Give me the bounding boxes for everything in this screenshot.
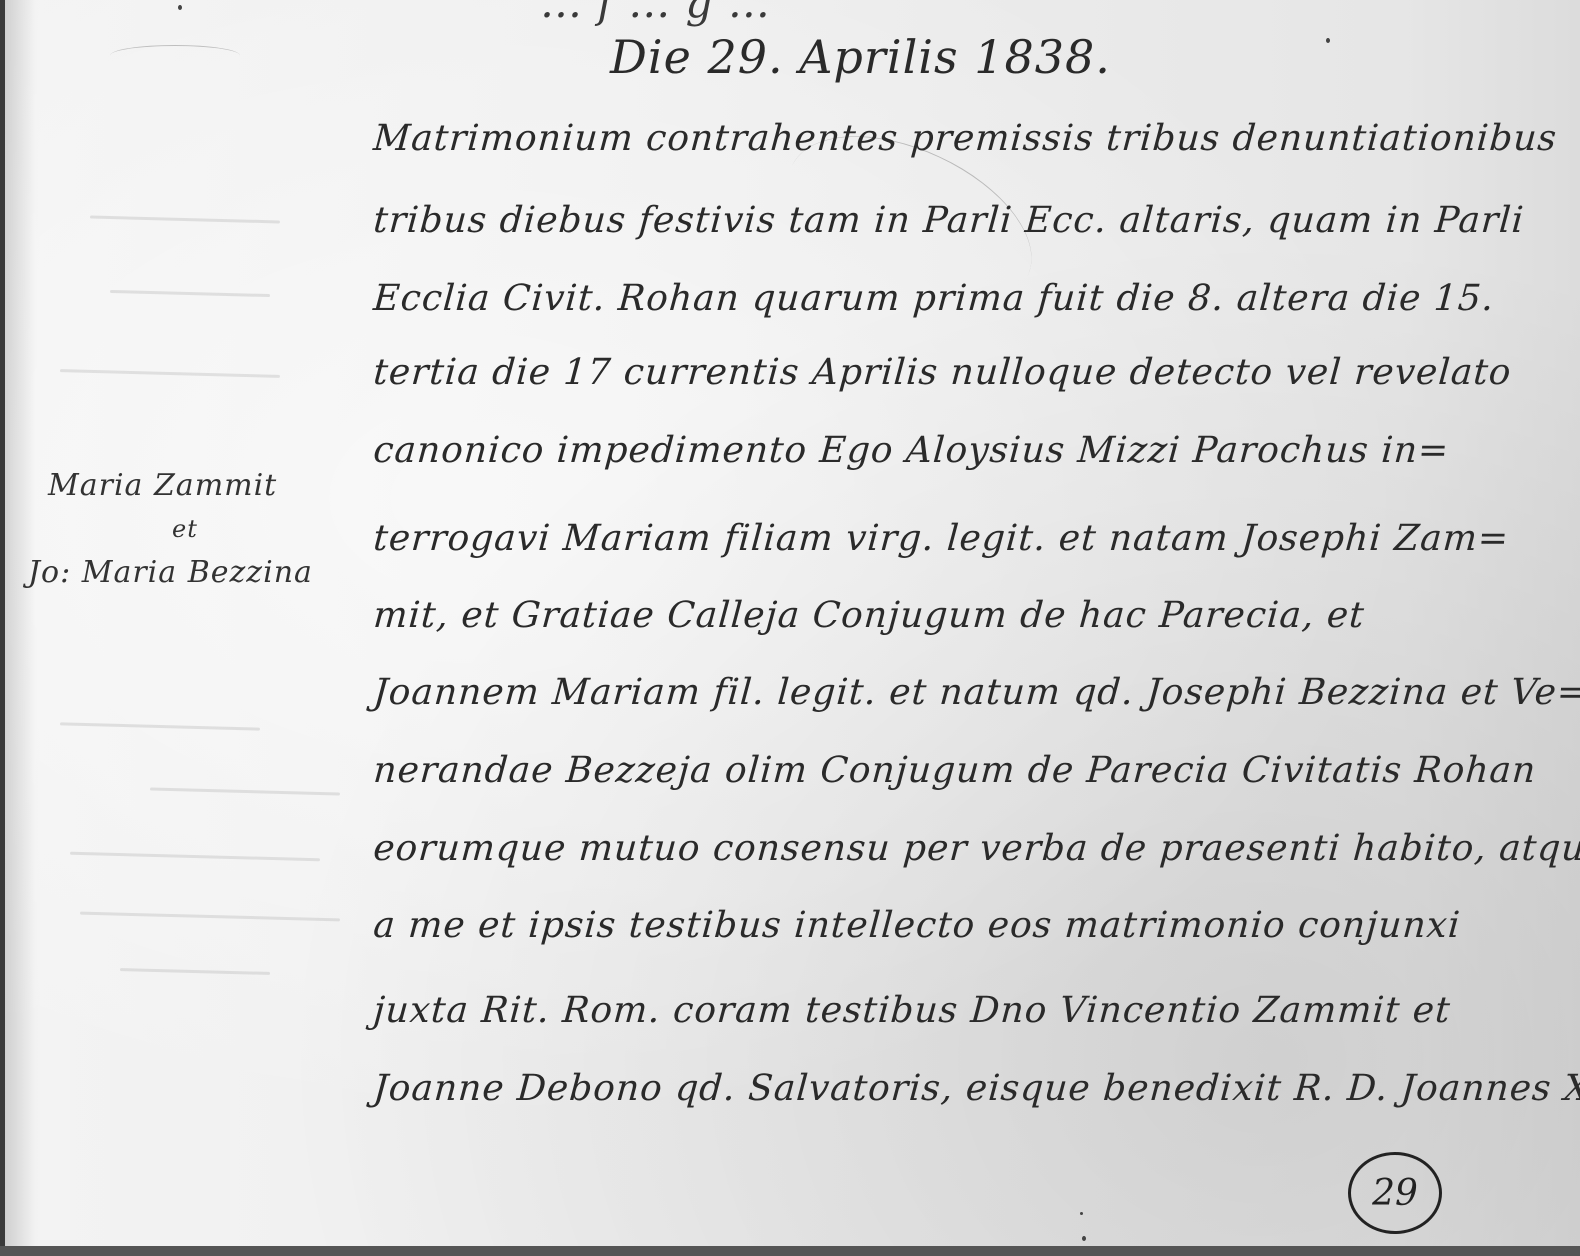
body-line-7: mit, et Gratiae Calleja Conjugum de hac … — [372, 595, 1366, 636]
manuscript-page: … f … g … Die 29. Aprilis 1838. Matrimon… — [0, 0, 1580, 1246]
body-line-8: Joannem Mariam fil. legit. et natum qd. … — [372, 672, 1580, 713]
bleed-through-mark — [90, 216, 280, 224]
bleed-through-mark — [60, 369, 280, 378]
dust-speck — [1326, 38, 1330, 43]
bleed-through-mark — [110, 290, 270, 297]
margin-note-bride: Maria Zammit — [48, 468, 277, 503]
body-line-6: terrogavi Mariam filiam virg. legit. et … — [372, 518, 1510, 559]
body-line-9: nerandae Bezzeja olim Conjugum de Pareci… — [372, 750, 1538, 791]
pencil-mark — [110, 45, 240, 66]
bleed-through-mark — [70, 852, 320, 862]
body-line-3: Ecclia Civit. Rohan quarum prima fuit di… — [372, 278, 1496, 319]
dust-speck — [1082, 1236, 1086, 1241]
bleed-through-mark — [150, 788, 340, 796]
entry-date-heading: Die 29. Aprilis 1838. — [610, 30, 1111, 84]
folio-number-circle: 29 — [1348, 1152, 1442, 1234]
bleed-through-mark — [60, 722, 260, 730]
dust-speck — [178, 5, 182, 10]
body-line-1: Matrimonium contrahentes premissis tribu… — [372, 118, 1559, 159]
binding-shadow — [5, 0, 35, 1246]
folio-number: 29 — [1372, 1173, 1418, 1214]
bleed-through-mark — [120, 968, 270, 975]
body-line-13: Joanne Debono qd. Salvatoris, eisque ben… — [372, 1068, 1580, 1109]
dust-speck — [1080, 1212, 1083, 1215]
margin-note-groom: Jo: Maria Bezzina — [28, 555, 313, 590]
body-line-11: a me et ipsis testibus intellecto eos ma… — [372, 905, 1462, 946]
body-line-10: eorumque mutuo consensu per verba de pra… — [372, 828, 1580, 869]
body-line-12: juxta Rit. Rom. coram testibus Dno Vince… — [372, 990, 1452, 1031]
partial-line-cut-off: … f … g … — [540, 0, 771, 27]
scan-bottom-edge — [0, 1246, 1580, 1256]
body-line-2: tribus diebus festivis tam in Parli Ecc.… — [372, 200, 1526, 241]
bleed-through-mark — [80, 912, 340, 922]
body-line-5: canonico impedimento Ego Aloysius Mizzi … — [372, 430, 1451, 471]
margin-note-conjunction: et — [172, 515, 198, 543]
body-line-4: tertia die 17 currentis Aprilis nulloque… — [372, 352, 1513, 393]
